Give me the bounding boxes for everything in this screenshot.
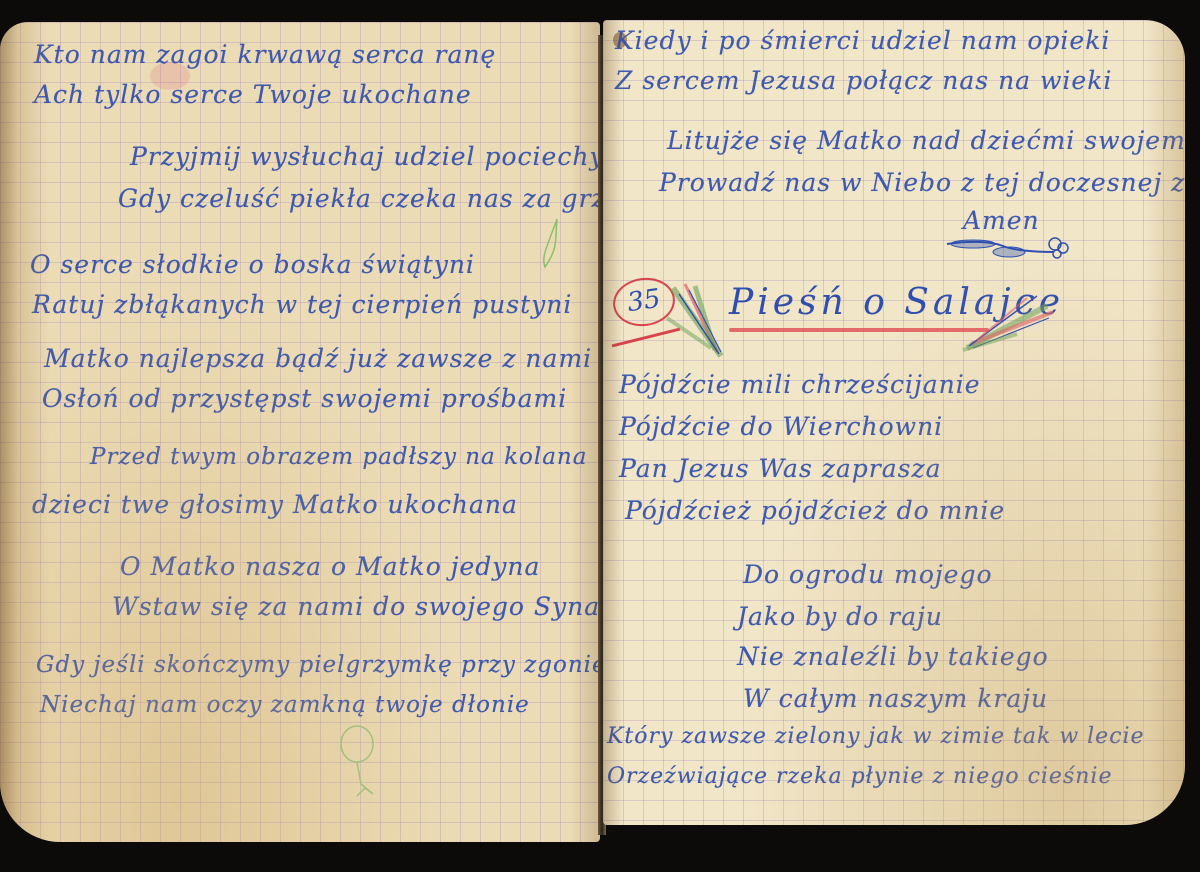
left-line-9: Przed twym obrazem padłszy na kolana [90,444,587,470]
left-line-7: Matko najlepsza bądź już zawsze z nami [44,344,592,373]
green-figure-doodle [335,722,385,802]
left-line-13: Gdy jeśli skończymy pielgrzymkę przy zgo… [36,652,600,678]
left-line-2: Ach tylko serce Twoje ukochane [34,80,472,109]
right-line-1: Kiedy i po śmierci udziel nam opieki [615,26,1110,55]
song-number-badge: 35 [610,274,678,330]
left-line-3: Przyjmij wysłuchaj udziel pociechy [130,142,600,171]
amen-text: Amen [963,206,1040,235]
notebook-spread: Kto nam zagoi krwawą serca ranę Ach tylk… [0,0,1200,872]
left-line-14: Niechaj nam oczy zamkną twoje dłonie [40,692,530,718]
left-sprig-icon [665,278,735,362]
stanza3-line-1: Który zawsze zielony jak w zimie tak w l… [607,724,1145,749]
left-page: Kto nam zagoi krwawą serca ranę Ach tylk… [0,22,600,842]
stanza2-line-1: Do ogrodu mojego [743,560,993,589]
left-line-8: Osłoń od przystępst swojemi prośbami [42,384,567,413]
left-line-11: O Matko nasza o Matko jedyna [120,552,540,581]
left-line-6: Ratuj zbłąkanych w tej cierpień pustyni [32,290,572,319]
left-line-1: Kto nam zagoi krwawą serca ranę [34,40,496,69]
left-line-10: dzieci twe głosimy Matko ukochana [32,490,518,519]
stanza2-line-2: Jako by do raju [737,602,943,631]
flower-sprig-icon [943,232,1073,268]
left-line-12: Wstaw się za nami do swojego Syna [112,592,600,621]
stanza1-line-2: Pójdźcie do Wierchowni [619,412,943,441]
stanza2-line-4: W całym naszym kraju [743,684,1048,713]
song-title: Pieśń o Salajce [729,282,1064,323]
right-page: Kiedy i po śmierci udziel nam opieki Z s… [603,20,1185,825]
right-line-4: Prowadź nas w Niebo z tej doczesnej ziem… [659,168,1185,197]
song-number-underline [612,328,681,348]
stanza1-line-3: Pan Jezus Was zaprasza [619,454,942,483]
right-line-2: Z sercem Jezusa połącz nas na wieki [615,66,1112,95]
left-line-5: O serce słodkie o boska świątyni [30,250,475,279]
song-title-underline [729,328,989,332]
stanza1-line-1: Pójdźcie mili chrześcijanie [619,370,981,399]
stanza1-line-4: Pójdźcież pójdźcież do mnie [625,496,1005,525]
left-line-4: Gdy czeluść piekła czeka nas za grzechy [118,184,600,213]
right-line-3: Litujże się Matko nad dziećmi swojemi [667,126,1185,155]
stanza3-line-2: Orzeźwiające rzeka płynie z niego cieśni… [607,764,1112,789]
green-leaf-doodle [535,217,565,277]
stanza2-line-3: Nie znaleźli by takiego [737,642,1049,671]
